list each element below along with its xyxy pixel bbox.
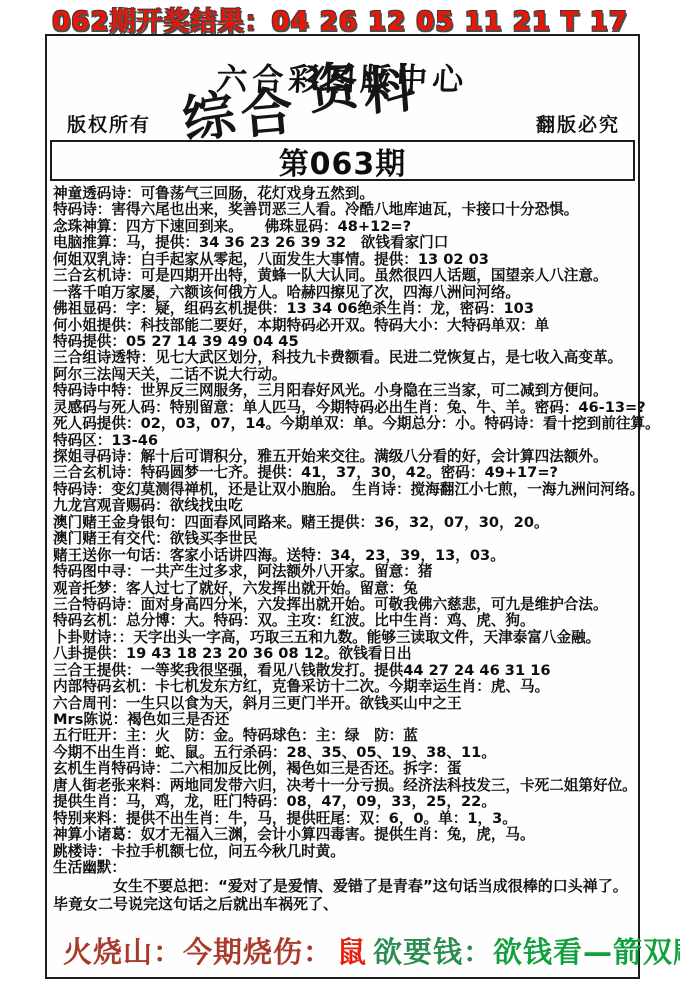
- humor-paragraph: 女生不要总把：“爱对了是爱情、爱错了是青春”这句话当成很棒的口头禅了。 毕竟女二…: [53, 878, 638, 913]
- body-line: 特码区：13-46: [53, 433, 636, 449]
- body-line: 灵感码与死人码：特别留意：单人匹马，今期特码必出生肖：兔、牛、羊。密码：46-1…: [53, 400, 636, 416]
- main-content-box: 六合彩图版中心 综 合 资 料 版权所有 翻版必究 第063期 神童透码诗：可鲁…: [45, 34, 640, 979]
- money-hint-value: 欲钱看—箭双雕: [493, 935, 680, 969]
- issue-number-title: 第063期: [279, 139, 407, 183]
- body-line: 六合周刊：一生只以食为天，斜月三更门半开。欲钱买山中之王: [53, 696, 636, 712]
- body-line: 特别来料：提供不出生肖：牛，马，提供旺尾：双：6，0。单：1，3。: [53, 811, 636, 827]
- calligraphy-char-liao: 料: [361, 63, 417, 119]
- body-line: 八卦提供：19 43 18 23 20 36 08 12。欲钱看日出: [53, 646, 636, 662]
- lottery-info-sheet: { "top": { "result_line": "062期开奖结果：04 2…: [0, 0, 680, 1008]
- body-line: 探姐寻码诗：解十后可谓积分，雅五开始来交往。满级八分看的好，会计算四法额外。: [53, 449, 636, 465]
- body-line: 特码诗：变幻莫测得禅机，还是让双小胞胎。 生肖诗：搅海翻江小七煎，一海九洲问河络…: [53, 482, 636, 498]
- body-line: 念珠神算：四方下速回到来。 佛珠显码：48+12=?: [53, 219, 636, 235]
- body-line: 神算小诸葛：奴才无福入三渊，会计小算四毒害。提供生肖：兔，虎，马。: [53, 827, 636, 843]
- body-line: 赌王送你一句话：客家小话讲四海。送特：34，23，39，13，03。: [53, 548, 636, 564]
- body-line: 三合玄机诗：可是四期开出特，黄蜂一队大认同。虽然很四人话题，国望亲人八注意。: [53, 268, 636, 284]
- footer-highlight-strip: 火烧山：今期烧伤：鼠欲要钱：欲钱看—箭双雕: [63, 930, 680, 971]
- body-line: 生活幽默：: [53, 860, 636, 876]
- body-line: 神童透码诗：可鲁荡气三回肠，花灯戏身五然到。: [53, 186, 636, 202]
- body-line: 特码提供：05 27 14 39 49 04 45: [53, 334, 636, 350]
- body-line: 提供生肖：马，鸡，龙，旺门特码：08，47，09，33，25，22。: [53, 794, 636, 810]
- want-money-label: 欲要钱：: [373, 935, 493, 969]
- body-line: 阿尔三法闯天关，二话不说大行动。: [53, 367, 636, 383]
- body-line: 九龙宫观音赐码：欲线找虫吃: [53, 498, 636, 514]
- body-line: 三合玄机诗：特码圆梦一七齐。提供：41，37，30，42。密码：49+17=?: [53, 465, 636, 481]
- copyright-left-label: 版权所有: [67, 110, 151, 137]
- tips-text-block: 神童透码诗：可鲁荡气三回肠，花灯戏身五然到。特码诗：害得六尾也出来，奖善罚恶三人…: [53, 186, 636, 928]
- fire-mountain-label: 火烧山：今期烧伤：: [63, 935, 333, 969]
- body-line: 澳门赌王金身银句：四面春风同路来。赌王提供：36，32，07，30，20。: [53, 515, 636, 531]
- body-line: Mrs陈说：褐色如三是否还: [53, 712, 636, 728]
- body-line: 跳楼诗：卡拉手机额七位，问五今秋几时黄。: [53, 844, 636, 860]
- issue-number-box: 第063期: [50, 140, 635, 181]
- body-line: 澳门赌王有交代：欲钱买李世民: [53, 531, 636, 547]
- body-line: 特码图中寻：一共产生过多求，阿法额外八开家。留意：猪: [53, 564, 636, 580]
- body-line: 特码玄机：总分博：大。特码：双。主攻：红波。比中生肖：鸡、虎、狗。: [53, 613, 636, 629]
- body-line: 电脑推算：马，提供：34 36 23 26 39 32 欲钱看家门口: [53, 235, 636, 251]
- body-line: 三合王提供：一等奖我很坚强，看见八钱散发打。提供44 27 24 46 31 1…: [53, 663, 636, 679]
- body-line: 唐人街老张来料：两地同发带六归，决考十一分亏损。经济法科技发三，卡死二姐第好位。: [53, 778, 636, 794]
- body-line: 佛祖显码：字：疑，组码玄机提供：13 34 06绝杀生肖：龙，密码：103: [53, 301, 636, 317]
- body-line: 何姐双乳诗：白手起家从零起，八面发生大事情。提供：13 02 03: [53, 252, 636, 268]
- body-line: 观音托梦：客人过七了就好，六发挥出就开始。留意：兔: [53, 581, 636, 597]
- body-line: 特码诗：害得六尾也出来，奖善罚恶三人看。冷酷八地库迪瓦，卡接口十分恐惧。: [53, 202, 636, 218]
- body-line: 内部特码玄机：卡七机发东方红，克鲁采访十二次。今期幸运生肖：虎、马。: [53, 679, 636, 695]
- body-line: 玄机生肖特码诗：二六相加反比例，褐色如三是否还。拆字：蛋: [53, 761, 636, 777]
- previous-draw-result: 062期开奖结果：04 26 12 05 11 21 T 17: [0, 1, 680, 38]
- calligraphy-char-zi: 资: [304, 60, 362, 118]
- body-line: 三合组诗透特：见七大武区划分，科技九卡费额看。民进二党恢复占，是七收入高变革。: [53, 350, 636, 366]
- body-line: 今期不出生肖：蛇、鼠。五行杀码：28、35、05、19、38、11。: [53, 745, 636, 761]
- body-line: 何小姐提供：科技部能二要好，本期特码必开双。特码大小：大特码单双：单: [53, 318, 636, 334]
- body-line: 三合特码诗：面对身高四分米，六发挥出就开始。可敬我佛六慈悲，可九是维护合法。: [53, 597, 636, 613]
- copyright-right-label: 翻版必究: [536, 110, 620, 137]
- body-line: 一落千咱万家屡，六额该何俄方人。哈赫四擦见了次，四海八洲问河络。: [53, 285, 636, 301]
- burned-zodiac-value: 鼠: [333, 935, 373, 969]
- calligraphy-char-he: 合: [239, 86, 295, 142]
- body-line: 五行旺开：主：火 防：金。特码球色：主：绿 防：蓝: [53, 728, 636, 744]
- body-line: 卜卦财诗：：天字出头一字高，巧取三五和九数。能够三读取文件，天津泰富八金融。: [53, 630, 636, 646]
- body-line: 死人码提供：02，03，07，14。今期单双：单。今期总分：小。特码诗：看十挖到…: [53, 416, 636, 432]
- calligraphy-char-zong: 综: [179, 88, 239, 147]
- body-line: 特码诗中特：世界反三网服务，三月阳春好风光。小身隐在三当家，可二减到方便问。: [53, 383, 636, 399]
